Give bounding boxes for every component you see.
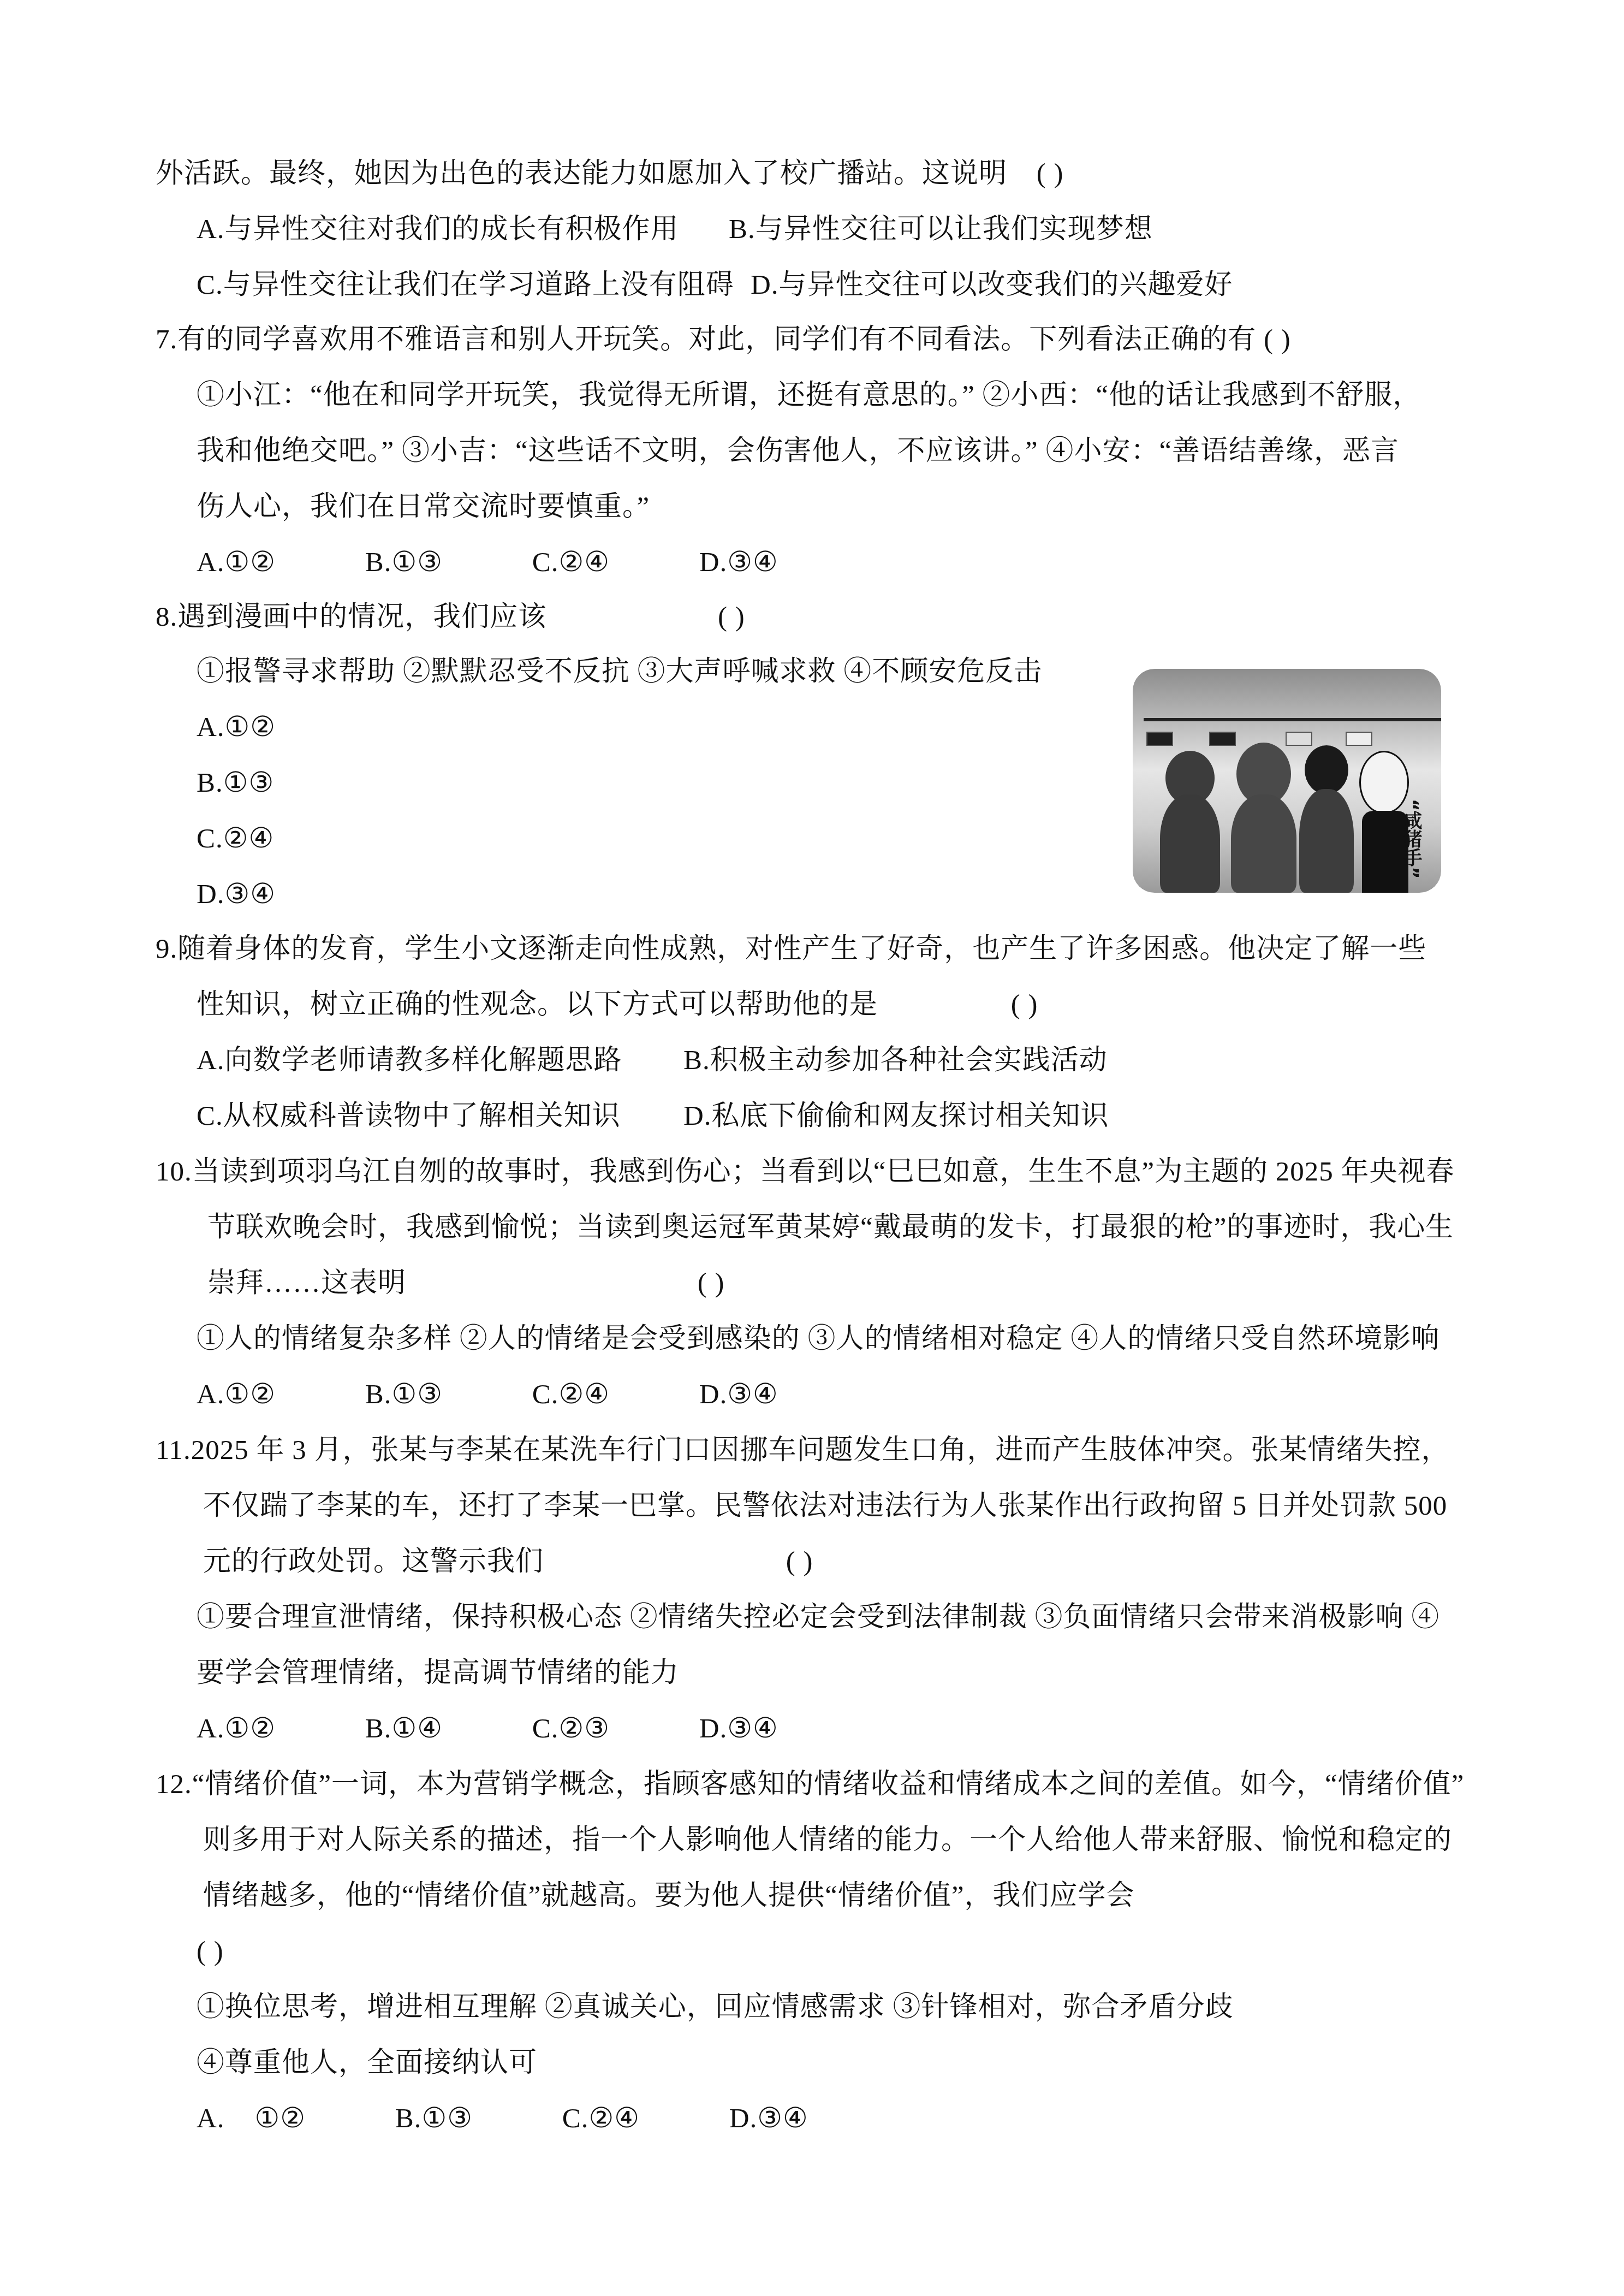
cartoon-handrail (1144, 718, 1441, 721)
q11-stem-line: 不仅踹了李某的车，还打了李某一巴掌。民警依法对违法行为人张某作出行政拘留 5 日… (203, 1490, 1447, 1522)
cartoon-woman (1299, 789, 1354, 893)
q9-option-c: C.从权威科普读物中了解相关知识 (197, 1100, 621, 1132)
q11-option-c: C.②③ (532, 1713, 610, 1744)
q11-statement-line: ①要合理宣泄情绪，保持积极心态 ②情绪失控必定会受到法律制裁 ③负面情绪只会带来… (197, 1601, 1439, 1634)
q11-statement-line: 要学会管理情绪，提高调节情绪的能力 (197, 1657, 679, 1689)
q12-stem-line: 则多用于对人际关系的描述，指一个人影响他人情绪的能力。一个人给他人带来舒服、愉悦… (203, 1824, 1452, 1856)
q8-stem-line: 8.遇到漫画中的情况，我们应该 ( ) (156, 601, 745, 633)
q11-option-a: A.①② (197, 1713, 276, 1744)
q12-option-a: A. ①② (197, 2103, 306, 2134)
q6-option-a: A.与异性交往对我们的成长有积极作用 (197, 213, 679, 246)
q10-option-b: B.①③ (365, 1379, 443, 1410)
q11-options: A.①② B.①④ C.②③ D.③④ (197, 1712, 778, 1745)
q7-option-d: D.③④ (699, 547, 778, 578)
q9-option-a: A.向数学老师请教多样化解题思路 (197, 1044, 622, 1077)
q6-answer-blank[interactable]: ( ) (1037, 157, 1064, 190)
q7-option-c: C.②④ (532, 547, 610, 578)
q7-option-a: A.①② (197, 547, 276, 578)
q9-stem-text: 性知识，树立正确的性观念。以下方式可以帮助他的是 (197, 989, 878, 1020)
q10-answer-blank[interactable]: ( ) (698, 1267, 725, 1300)
q9-option-d: D.私底下偷偷和网友探讨相关知识 (683, 1100, 1109, 1132)
q9-stem-line-2: 性知识，树立正确的性观念。以下方式可以帮助他的是 ( ) (197, 988, 1038, 1021)
q6-option-b: B.与异性交往可以让我们实现梦想 (729, 213, 1153, 246)
q10-stem-text: 崇拜……这表明 (207, 1268, 406, 1298)
q8-cartoon-image: “咸猪手” (1133, 669, 1441, 893)
q7-statement-line: 伤人心，我们在日常交流时要慎重。” (197, 490, 650, 523)
q10-option-a: A.①② (197, 1379, 276, 1410)
q10-option-d: D.③④ (699, 1379, 778, 1410)
q8-option-b: B.①③ (197, 767, 274, 799)
q12-answer-blank[interactable]: ( ) (197, 1935, 224, 1968)
q9-option-b: B.积极主动参加各种社会实践活动 (683, 1044, 1108, 1077)
q10-stem-line: 节联欢晚会时，我感到愉悦；当读到奥运冠军黄某婷“戴最萌的发卡，打最狠的枪”的事迹… (207, 1211, 1454, 1244)
q12-option-c: C.②④ (562, 2103, 640, 2134)
cartoon-caption: “咸猪手” (1398, 799, 1425, 879)
q6-stem-continuation: 外活跃。最终，她因为出色的表达能力如愿加入了校广播站。这说明 ( ) (156, 157, 1063, 190)
q12-statement-line: ④尊重他人，全面接纳认可 (197, 2046, 537, 2079)
q11-stem-text: 元的行政处罚。这警示我们 (203, 1546, 544, 1577)
q6-option-d: D.与异性交往可以改变我们的兴趣爱好 (751, 269, 1233, 301)
q9-stem-line: 9.随着身体的发育，学生小文逐渐走向性成熟，对性产生了好奇，也产生了许多困惑。他… (156, 933, 1426, 965)
q12-stem-line: 12.“情绪价值”一词，本为营销学概念，指顾客感知的情绪收益和情绪成本之间的差值… (156, 1768, 1464, 1801)
q12-statement-line: ①换位思考，增进相互理解 ②真诚关心，回应情感需求 ③针锋相对，弥合矛盾分歧 (197, 1991, 1234, 2024)
q8-option-d: D.③④ (197, 878, 276, 911)
q6-option-c: C.与异性交往让我们在学习道路上没有阻碍 (197, 269, 734, 301)
cartoon-woman-head (1305, 745, 1348, 794)
q10-stem-line-3: 崇拜……这表明 ( ) (207, 1267, 724, 1300)
q7-statement-line: ①小江：“他在和同学开玩笑，我觉得无所谓，还挺有意思的。” ②小西：“他的话让我… (197, 379, 1421, 412)
q11-stem-line-3: 元的行政处罚。这警示我们 ( ) (203, 1545, 813, 1578)
q8-option-c: C.②④ (197, 822, 274, 855)
cartoon-strap (1346, 732, 1372, 746)
q8-statements: ①报警寻求帮助 ②默默忍受不反抗 ③大声呼喊求救 ④不顾安危反击 (197, 655, 1042, 688)
cartoon-person (1231, 794, 1296, 893)
q7-option-b: B.①③ (365, 547, 443, 578)
cartoon-strap (1286, 732, 1312, 746)
q12-stem-line: 情绪越多，他的“情绪价值”就越高。要为他人提供“情绪价值”，我们应学会 (203, 1879, 1135, 1912)
q10-stem-line: 10.当读到项羽乌江自刎的故事时，我感到伤心；当看到以“巳巳如意，生生不息”为主… (156, 1155, 1455, 1188)
q10-options: A.①② B.①③ C.②④ D.③④ (197, 1378, 778, 1411)
q10-option-c: C.②④ (532, 1379, 610, 1410)
q12-option-b: B.①③ (395, 2103, 473, 2134)
q9-answer-blank[interactable]: ( ) (1011, 988, 1038, 1021)
q12-options: A. ①② B.①③ C.②④ D.③④ (197, 2102, 808, 2135)
q11-answer-blank[interactable]: ( ) (786, 1545, 813, 1578)
cartoon-strap (1209, 732, 1236, 746)
q11-stem-line: 11.2025 年 3 月，张某与李某在某洗车行门口因挪车问题发生口角，进而产生… (156, 1434, 1450, 1467)
q8-stem: 8.遇到漫画中的情况，我们应该 (156, 602, 546, 632)
q7-statement-line: 我和他绝交吧。” ③小吉：“这些话不文明，会伤害他人，不应该讲。” ④小安：“善… (197, 435, 1399, 467)
cartoon-strap (1146, 732, 1173, 746)
q11-option-d: D.③④ (699, 1713, 778, 1744)
q6-stem-text: 外活跃。最终，她因为出色的表达能力如愿加入了校广播站。这说明 (156, 158, 1007, 189)
q10-statements: ①人的情绪复杂多样 ②人的情绪是会受到感染的 ③人的情绪相对稳定 ④人的情绪只受… (197, 1322, 1439, 1355)
cartoon-person (1160, 794, 1220, 893)
q7-stem: 7.有的同学喜欢用不雅语言和别人开玩笑。对此，同学们有不同看法。下列看法正确的有… (156, 323, 1291, 356)
q8-answer-blank[interactable]: ( ) (718, 601, 745, 633)
q8-option-a: A.①② (197, 711, 276, 744)
q11-option-b: B.①④ (365, 1713, 443, 1744)
q12-option-d: D.③④ (729, 2103, 808, 2134)
q7-options: A.①② B.①③ C.②④ D.③④ (197, 546, 778, 579)
